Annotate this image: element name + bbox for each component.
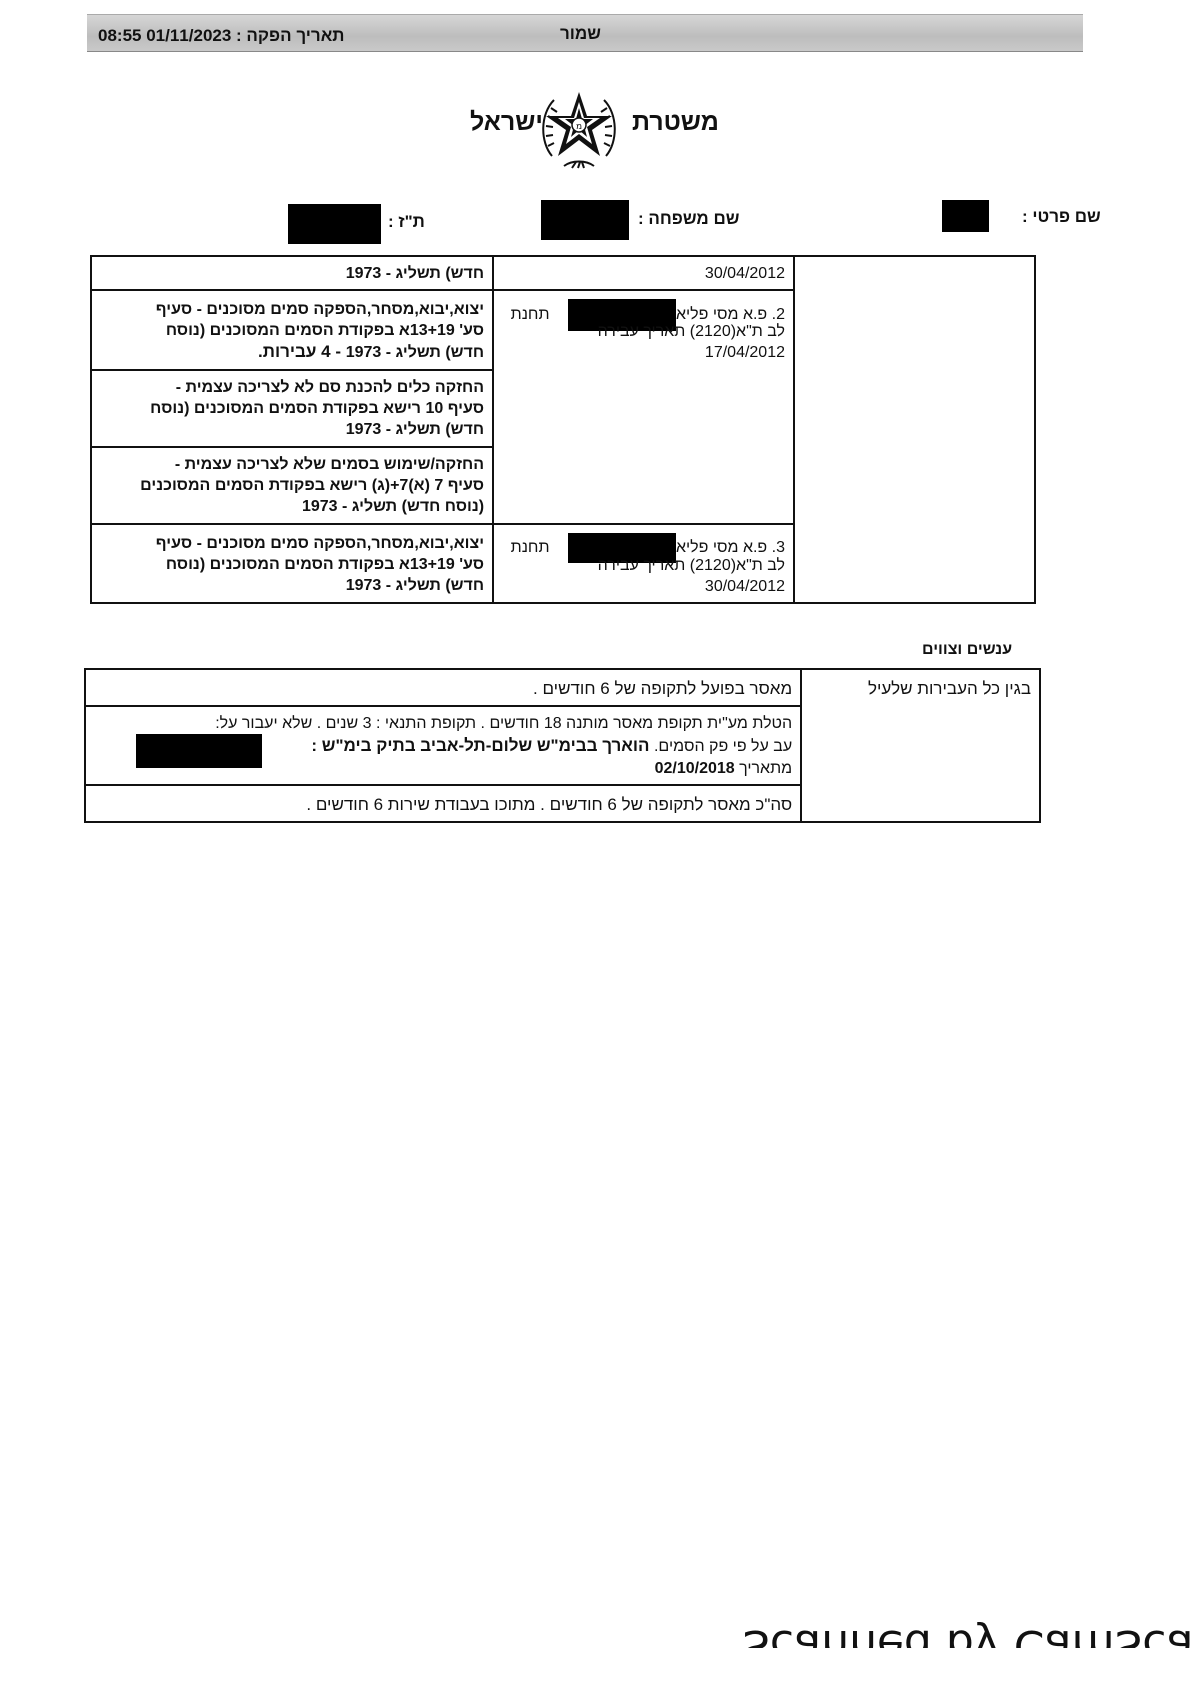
table-row: 30/04/2012 חדש) תשליג - 1973 [91, 256, 1035, 290]
case-station: תחנת [511, 539, 550, 556]
cases-table: 30/04/2012 חדש) תשליג - 1973 2. פ.א מסי … [90, 255, 1036, 604]
id-label: ת"ז : [388, 212, 425, 232]
scanner-watermark: Scanned by CamScanner [742, 1620, 1191, 1671]
offense-line: יצוא,יבוא,מסחר,הספקה סמים מסוכנים - סעיף [98, 299, 484, 320]
case-cell: 3. פ.א מסי פליא תחנת לב ת"א(2120) תאריך … [493, 524, 794, 603]
case-prefix: פ.א מסי פליא [676, 539, 767, 556]
penalties-title: ענשים וצווים [922, 641, 1012, 659]
last-name-redacted [541, 200, 629, 240]
penalty-text: עב על פי פק הסמים. [650, 738, 793, 755]
svg-text:מ: מ [576, 122, 582, 132]
offense-line: סע' 13+19א בפקודת הסמים המסוכנים (נוסח [98, 554, 484, 575]
cases-left-empty-cell [794, 256, 1035, 603]
offense-line: סעיף 7 (א)7+(ג) רישא בפקודת הסמים המסוכנ… [98, 475, 484, 496]
print-date-line: תאריך הפקה : 01/11/2023 08:55 [98, 26, 345, 46]
penalty-cell: סה"כ מאסר לתקופה של 6 חודשים . מתוכו בעב… [85, 785, 801, 822]
penalties-scope-cell: בגין כל העבירות שלעיל [801, 669, 1040, 822]
case-cell: 2. פ.א מסי פליא תחנת לב ת"א(2120) תאריך … [493, 290, 794, 524]
penalty-text: מאסר בפועל לתקופה של 6 חודשים . [533, 679, 792, 698]
case-station: תחנת [511, 306, 550, 323]
penalty-line: הטלת מע"ית תקופת מאסר מותנה 18 חודשים . … [92, 713, 792, 735]
offense-line: החזקה/שימוש בסמים שלא לצריכה עצמית - [98, 454, 484, 475]
first-name-label: שם פרטי : [1022, 207, 1101, 227]
print-time: 08:55 [98, 26, 141, 45]
offense-line: חדש) תשליג - 1973 [98, 419, 484, 440]
case-offense-date: 30/04/2012 [500, 576, 785, 597]
offense-line: סעיף 10 רישא בפקודת הסמים המסוכנים (נוסח [98, 398, 484, 419]
penalty-date: 02/10/2018 [655, 760, 735, 777]
offense-cell: יצוא,יבוא,מסחר,הספקה סמים מסוכנים - סעיף… [91, 524, 493, 603]
penalty-cell: מאסר בפועל לתקופה של 6 חודשים . [85, 669, 801, 706]
last-name-label: שם משפחה : [638, 209, 739, 229]
id-redacted [288, 204, 381, 244]
offense-cell: יצוא,יבוא,מסחר,הספקה סמים מסוכנים - סעיף… [91, 290, 493, 370]
offense-line: סע' 13+19א בפקודת הסמים המסוכנים (נוסח [98, 320, 484, 341]
penalty-text: סה"כ מאסר לתקופה של 6 חודשים . מתוכו בעב… [306, 795, 792, 814]
offense-line: חדש) תשליג - 1973 [98, 575, 484, 596]
court-case-redacted [136, 734, 262, 768]
offense-line: חדש) תשליג - 1973 [346, 344, 484, 361]
offense-line: חדש) תשליג - 1973 [346, 265, 484, 282]
print-date-label: תאריך הפקה : [236, 26, 344, 45]
table-row: בגין כל העבירות שלעיל מאסר בפועל לתקופה … [85, 669, 1040, 706]
print-date: 01/11/2023 [146, 26, 231, 45]
org-name-police: משטרת [632, 108, 719, 137]
first-name-redacted [942, 200, 989, 232]
case-number: 3. [772, 539, 785, 556]
offense-line: יצוא,יבוא,מסחר,הספקה סמים מסוכנים - סעיף [98, 533, 484, 554]
offense-line: החזקה כלים להכנת סם לא לצריכה עצמית - [98, 377, 484, 398]
penalty-text: מתאריך [735, 760, 792, 777]
case-date: 30/04/2012 [705, 265, 785, 282]
offense-line: (נוסח חדש) תשליג - 1973 [98, 496, 484, 517]
israel-police-emblem-icon: מ [538, 86, 620, 172]
penalties-scope: בגין כל העבירות שלעיל [868, 679, 1031, 698]
classification-label: שמור [560, 24, 601, 44]
penalty-extension: הוארך בבימ"ש שלום-תל-אביב בתיק בימ"ש : [311, 736, 649, 755]
offense-count: - 4 עבירות. [258, 342, 346, 361]
case-cell: 30/04/2012 [493, 256, 794, 290]
offense-cell: החזקה/שימוש בסמים שלא לצריכה עצמית - סעי… [91, 447, 493, 524]
case-offense-date: 17/04/2012 [500, 342, 785, 363]
org-name-israel: ישראל [470, 108, 543, 137]
offense-cell: חדש) תשליג - 1973 [91, 256, 493, 290]
offense-cell: החזקה כלים להכנת סם לא לצריכה עצמית - סע… [91, 370, 493, 447]
